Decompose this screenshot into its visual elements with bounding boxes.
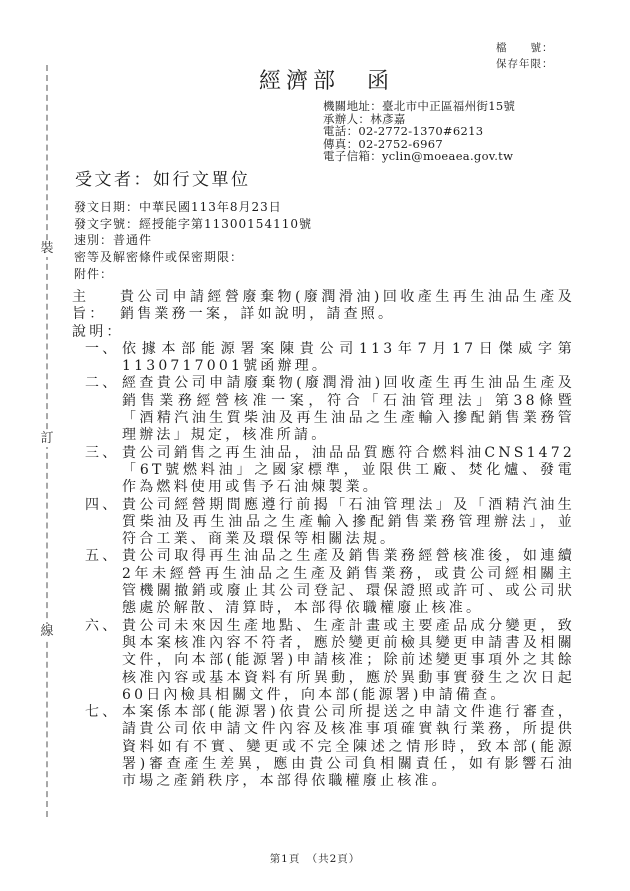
official-letter-page: 裝 訂 線 檔 號： 保存年限： 經濟部 函 機關地址：臺北市中正區福州街15號… [0,0,630,891]
item-text: 經查貴公司申請廢棄物(廢潤滑油)回收產生再生油品生產及銷售業務經營核准一案，符合… [122,375,575,444]
item-number: 一、 [85,341,122,376]
subject-label: 主旨： [72,289,120,324]
item-text: 本案係本部(能源署)依貴公司所提送之申請文件進行審查，請貴公司依申請文件內容及核… [122,704,575,790]
issue-date: 發文日期：中華民國113年8月23日 [74,199,312,216]
issue-number: 發文字號：經授能字第11300154110號 [74,216,312,233]
document-title: 經濟部 函 [259,64,394,95]
explanation-item-4: 四、 貴公司經營期間應遵行前揭「石油管理法」及「酒精汽油生質柴油及再生油品之生產… [72,497,575,549]
archive-labels: 檔 號： 保存年限： [496,41,554,72]
contact-phone: 電話：02-2772-1370#6213 [323,125,515,138]
binding-mark-ding: 訂 [38,431,56,447]
item-text: 貴公司經營期間應遵行前揭「石油管理法」及「酒精汽油生質柴油及再生油品之生產輸入摻… [122,497,575,549]
item-text: 貴公司取得再生油品之生產及銷售業務經營核准後，如連續2年未經營再生油品之生產及銷… [122,548,575,617]
item-number: 六、 [85,618,122,704]
item-number: 四、 [85,497,122,549]
item-text: 貴公司未來因生產地點、生產計畫或主要產品成分變更，致與本案核准內容不符者，應於變… [122,618,575,704]
explanation-item-6: 六、 貴公司未來因生產地點、生產計畫或主要產品成分變更，致與本案核准內容不符者，… [72,618,575,704]
speed-class: 速別：普通件 [74,232,312,249]
document-meta-block: 發文日期：中華民國113年8月23日 發文字號：經授能字第11300154110… [74,199,312,283]
subject-text: 貴公司申請經營廢棄物(廢潤滑油)回收產生再生油品生產及銷售業務一案，詳如說明，請… [120,289,575,324]
explanation-label: 說明： [72,324,575,341]
letter-body: 主旨： 貴公司申請經營廢棄物(廢潤滑油)回收產生再生油品生產及銷售業務一案，詳如… [72,289,575,791]
item-number: 七、 [85,704,122,790]
item-text: 依據本部能源署案陳貴公司113年7月17日傑威字第1130717001號函辦理。 [122,341,575,376]
contact-email: 電子信箱：yclin@moeaea.gov.tw [323,150,515,163]
agency-address: 機關地址：臺北市中正區福州街15號 [323,100,515,113]
item-number: 二、 [85,375,122,444]
explanation-item-3: 三、 貴公司銷售之再生油品，油品品質應符合燃料油CNS1472「6T號燃料油」之… [72,445,575,497]
binding-mark-zhuang: 裝 [38,241,56,257]
explanation-item-5: 五、 貴公司取得再生油品之生產及銷售業務經營核准後，如連續2年未經營再生油品之生… [72,548,575,617]
recipient-line: 受文者：如行文單位 [75,165,251,190]
explanation-item-2: 二、 經查貴公司申請廢棄物(廢潤滑油)回收產生再生油品生產及銷售業務經營核准一案… [72,375,575,444]
explanation-item-1: 一、 依據本部能源署案陳貴公司113年7月17日傑威字第1130717001號函… [72,341,575,376]
retention-period-label: 保存年限： [496,57,554,73]
file-number-label: 檔 號： [496,41,554,57]
page-number-footer: 第1頁 （共2頁） [0,851,630,866]
item-number: 五、 [85,548,122,617]
subject-line: 主旨： 貴公司申請經營廢棄物(廢潤滑油)回收產生再生油品生產及銷售業務一案，詳如… [72,289,575,324]
binding-mark-xian: 線 [38,624,56,640]
security-class: 密等及解密條件或保密期限： [74,249,312,266]
agency-contact-block: 機關地址：臺北市中正區福州街15號 承辦人：林彥嘉 電話：02-2772-137… [323,100,515,163]
attachment-label: 附件： [74,266,312,283]
item-number: 三、 [85,445,122,497]
explanation-item-7: 七、 本案係本部(能源署)依貴公司所提送之申請文件進行審查，請貴公司依申請文件內… [72,704,575,790]
item-text: 貴公司銷售之再生油品，油品品質應符合燃料油CNS1472「6T號燃料油」之國家標… [122,445,575,497]
